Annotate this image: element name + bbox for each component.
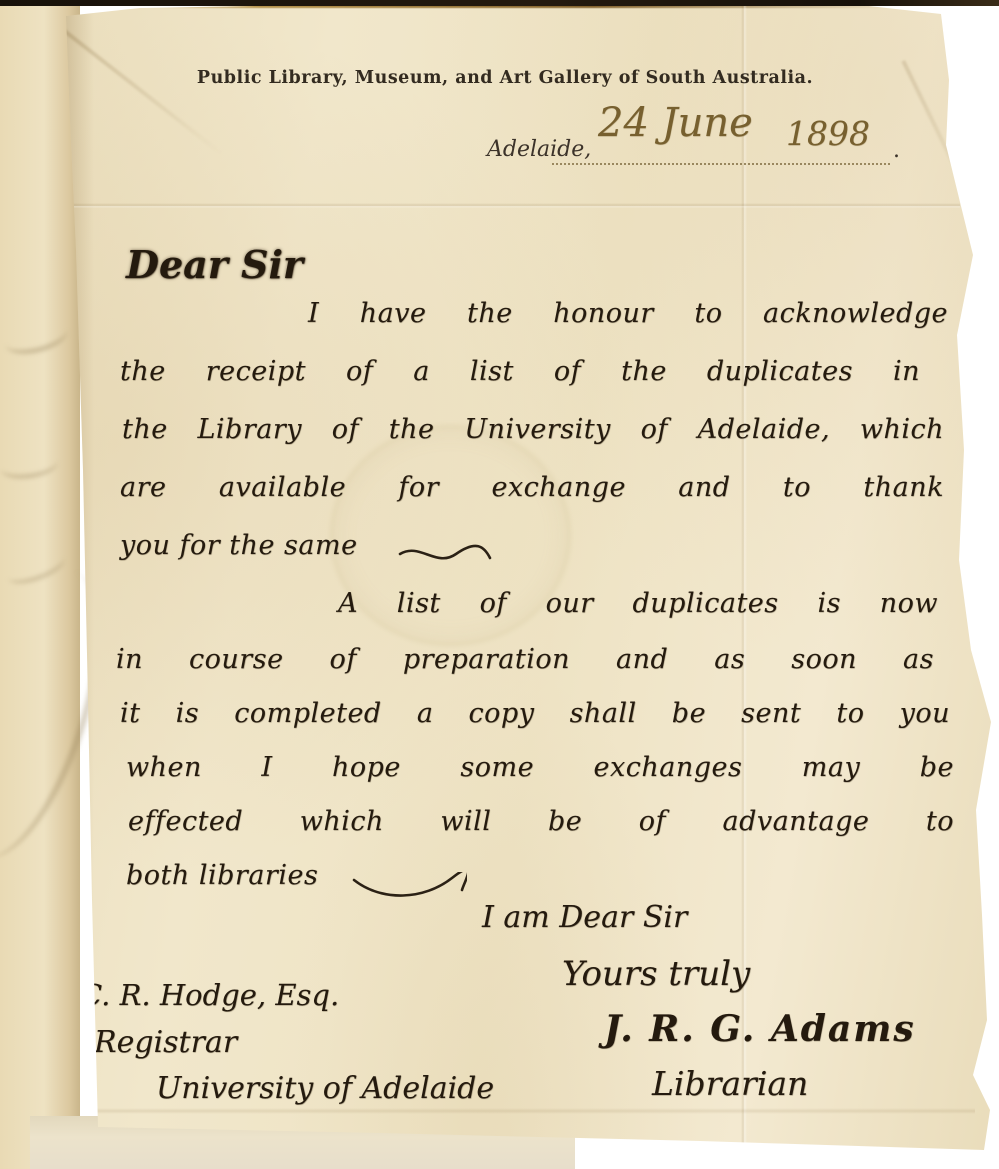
date-period: .: [893, 138, 900, 163]
body-line: A list of our duplicates is now: [338, 588, 938, 619]
closing-valediction: Yours truly: [562, 954, 750, 994]
body-line: both libraries: [126, 860, 318, 891]
body-line: the Library of the University of Adelaid…: [122, 414, 944, 445]
diagonal-crease: [901, 60, 988, 233]
horizontal-fold-crease: [95, 1108, 975, 1114]
handwritten-year: 1898: [786, 114, 870, 153]
horizontal-fold-crease: [70, 203, 960, 208]
closing-line: I am Dear Sir: [482, 900, 687, 935]
salutation: Dear Sir: [126, 242, 303, 287]
body-line: are available for exchange and to thank: [120, 472, 944, 503]
pen-flourish: [398, 542, 493, 576]
body-line: I have the honour to acknowledge: [308, 298, 948, 329]
letterhead-title: Public Library, Museum, and Art Gallery …: [195, 68, 815, 88]
body-line: the receipt of a list of the duplicates …: [120, 356, 920, 387]
signature: J. R. G. Adams: [604, 1008, 916, 1050]
body-line: effected which will be of advantage to: [128, 806, 954, 837]
body-line: it is completed a copy shall be sent to …: [120, 698, 950, 729]
letter-page: Public Library, Museum, and Art Gallery …: [0, 0, 999, 1169]
recipient-institution: University of Adelaide: [156, 1071, 494, 1106]
recipient-name: C. R. Hodge, Esq.: [80, 978, 339, 1012]
bleed-through-mark: [1, 315, 70, 360]
recipient-title: Registrar: [94, 1025, 237, 1060]
signer-title: Librarian: [652, 1064, 808, 1103]
body-line: you for the same: [120, 530, 358, 561]
body-line: when I hope some exchanges may be: [126, 752, 954, 783]
bleed-through-mark: [0, 448, 60, 482]
handwritten-day-month: 24 June: [598, 100, 753, 146]
folded-page-edge: [0, 4, 80, 1169]
scan-top-edge: [0, 0, 999, 6]
body-line: in course of preparation and as soon as: [116, 644, 934, 675]
pen-flourish: [352, 872, 467, 908]
scanned-letter: Public Library, Museum, and Art Gallery …: [0, 0, 999, 1169]
